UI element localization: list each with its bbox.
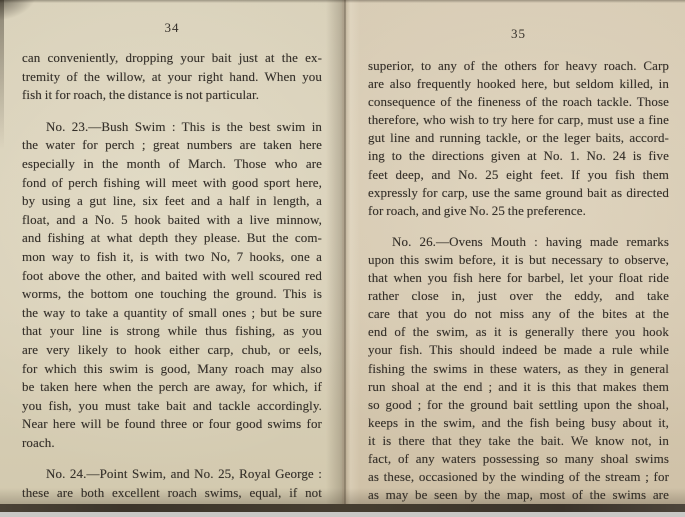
text-line: tremity of the willow, at your right han… [22,68,322,87]
text-line: as may be seen by the map, most of the s… [368,486,669,504]
text-line: fond of perch fishing will meet with goo… [22,174,322,193]
text-line: are also frequently hooked here, but sel… [368,75,669,93]
paragraph: No. 24.—Point Swim, and No. 25, Royal Ge… [22,465,322,502]
text-line: the way to take a quantity of small ones… [22,304,322,323]
text-line: the water for perch ; great numbers are … [22,136,322,155]
text-line: run shoal at the end ; and it is this th… [368,378,669,396]
text-line: Near here will be found three or four go… [22,415,322,434]
text-line: as these, occasioned by the winding of t… [368,468,669,486]
scan-bottom-edge [0,504,685,512]
text-line: No. 24.—Point Swim, and No. 25, Royal Ge… [22,465,322,484]
text-line: feet deep, and No. 25 eight feet. If you… [368,166,669,184]
text-line: No. 26.—Ovens Mouth : having made remark… [368,233,669,251]
text-line: can conveniently, dropping your bait jus… [22,49,322,68]
text-line: therefore, who wish to try here for carp… [368,111,669,129]
text-line: foot above the other, and baited with we… [22,267,322,286]
text-line: end of the swim, as it is generally ther… [368,323,669,341]
text-line: fish it for roach, the distance is not p… [22,86,322,105]
page-left-paragraphs: can conveniently, dropping your bait jus… [22,49,322,503]
text-line: mon way to fish it, is with two No, 7 ho… [22,248,322,267]
scan-bottom-strip [0,512,685,517]
text-line: you fish, you must take bait and tackle … [22,397,322,416]
text-line: worms, the bottom one touching the groun… [22,285,322,304]
text-line: No. 23.—Bush Swim : This is the best swi… [22,118,322,137]
text-line: gut line and running tackle, or the lege… [368,129,669,147]
text-line: fact, of any waters possessing so many s… [368,450,669,468]
paragraph: can conveniently, dropping your bait jus… [22,49,322,105]
text-line: superior, to any of the others for heavy… [368,57,669,75]
paragraph: superior, to any of the others for heavy… [368,57,669,220]
text-line: keeps in the swim, and the fish being bu… [368,414,669,432]
text-line: by using a gut line, six feet and a half… [22,192,322,211]
text-line: float, and a No. 5 hook baited with a li… [22,211,322,230]
book-scan: 34 can conveniently, dropping your bait … [0,0,685,517]
text-line: these are both excellent roach swims, eq… [22,484,322,503]
text-line: that when you fish here for barbel, let … [368,269,669,287]
page-number-right: 35 [368,24,669,43]
text-line: especially in the month of March. Those … [22,155,322,174]
text-line: ing to the directions given at No. 1. No… [368,147,669,165]
text-line: and fishing at what depth they please. B… [22,229,322,248]
text-line: expressly for carp, use the same ground … [368,184,669,202]
text-line: care that you do not miss any of the bit… [368,305,669,323]
text-line: for which this swim is good, Many roach … [22,360,322,379]
text-line: for roach, and give No. 25 the preferenc… [368,202,669,220]
page-left: 34 can conveniently, dropping your bait … [0,0,342,517]
page-right: 35 superior, to any of the others for he… [342,0,685,517]
text-line: fishing the swims in these waters, as th… [368,360,669,378]
page-right-paragraphs: superior, to any of the others for heavy… [368,57,669,504]
text-line: rather close in, just over the eddy, and… [368,287,669,305]
text-line: that your line is strong while thus fish… [22,322,322,341]
text-line: upon this swim before, it is but necessa… [368,251,669,269]
page-right-content: 35 superior, to any of the others for he… [342,0,685,504]
text-line: your fish. This should indeed be made a … [368,341,669,359]
text-line: roach. [22,434,322,453]
paragraph: No. 26.—Ovens Mouth : having made remark… [368,233,669,504]
text-line: so good ; for the ground bait settling u… [368,396,669,414]
paragraph: No. 23.—Bush Swim : This is the best swi… [22,118,322,453]
page-number-left: 34 [22,18,322,37]
text-line: are very likely to hook either carp, chu… [22,341,322,360]
text-line: be taken here when the perch are away, f… [22,378,322,397]
text-line: consequence of the fineness of the roach… [368,93,669,111]
page-left-content: 34 can conveniently, dropping your bait … [0,0,342,503]
text-line: it is there that they take the bait. We … [368,432,669,450]
